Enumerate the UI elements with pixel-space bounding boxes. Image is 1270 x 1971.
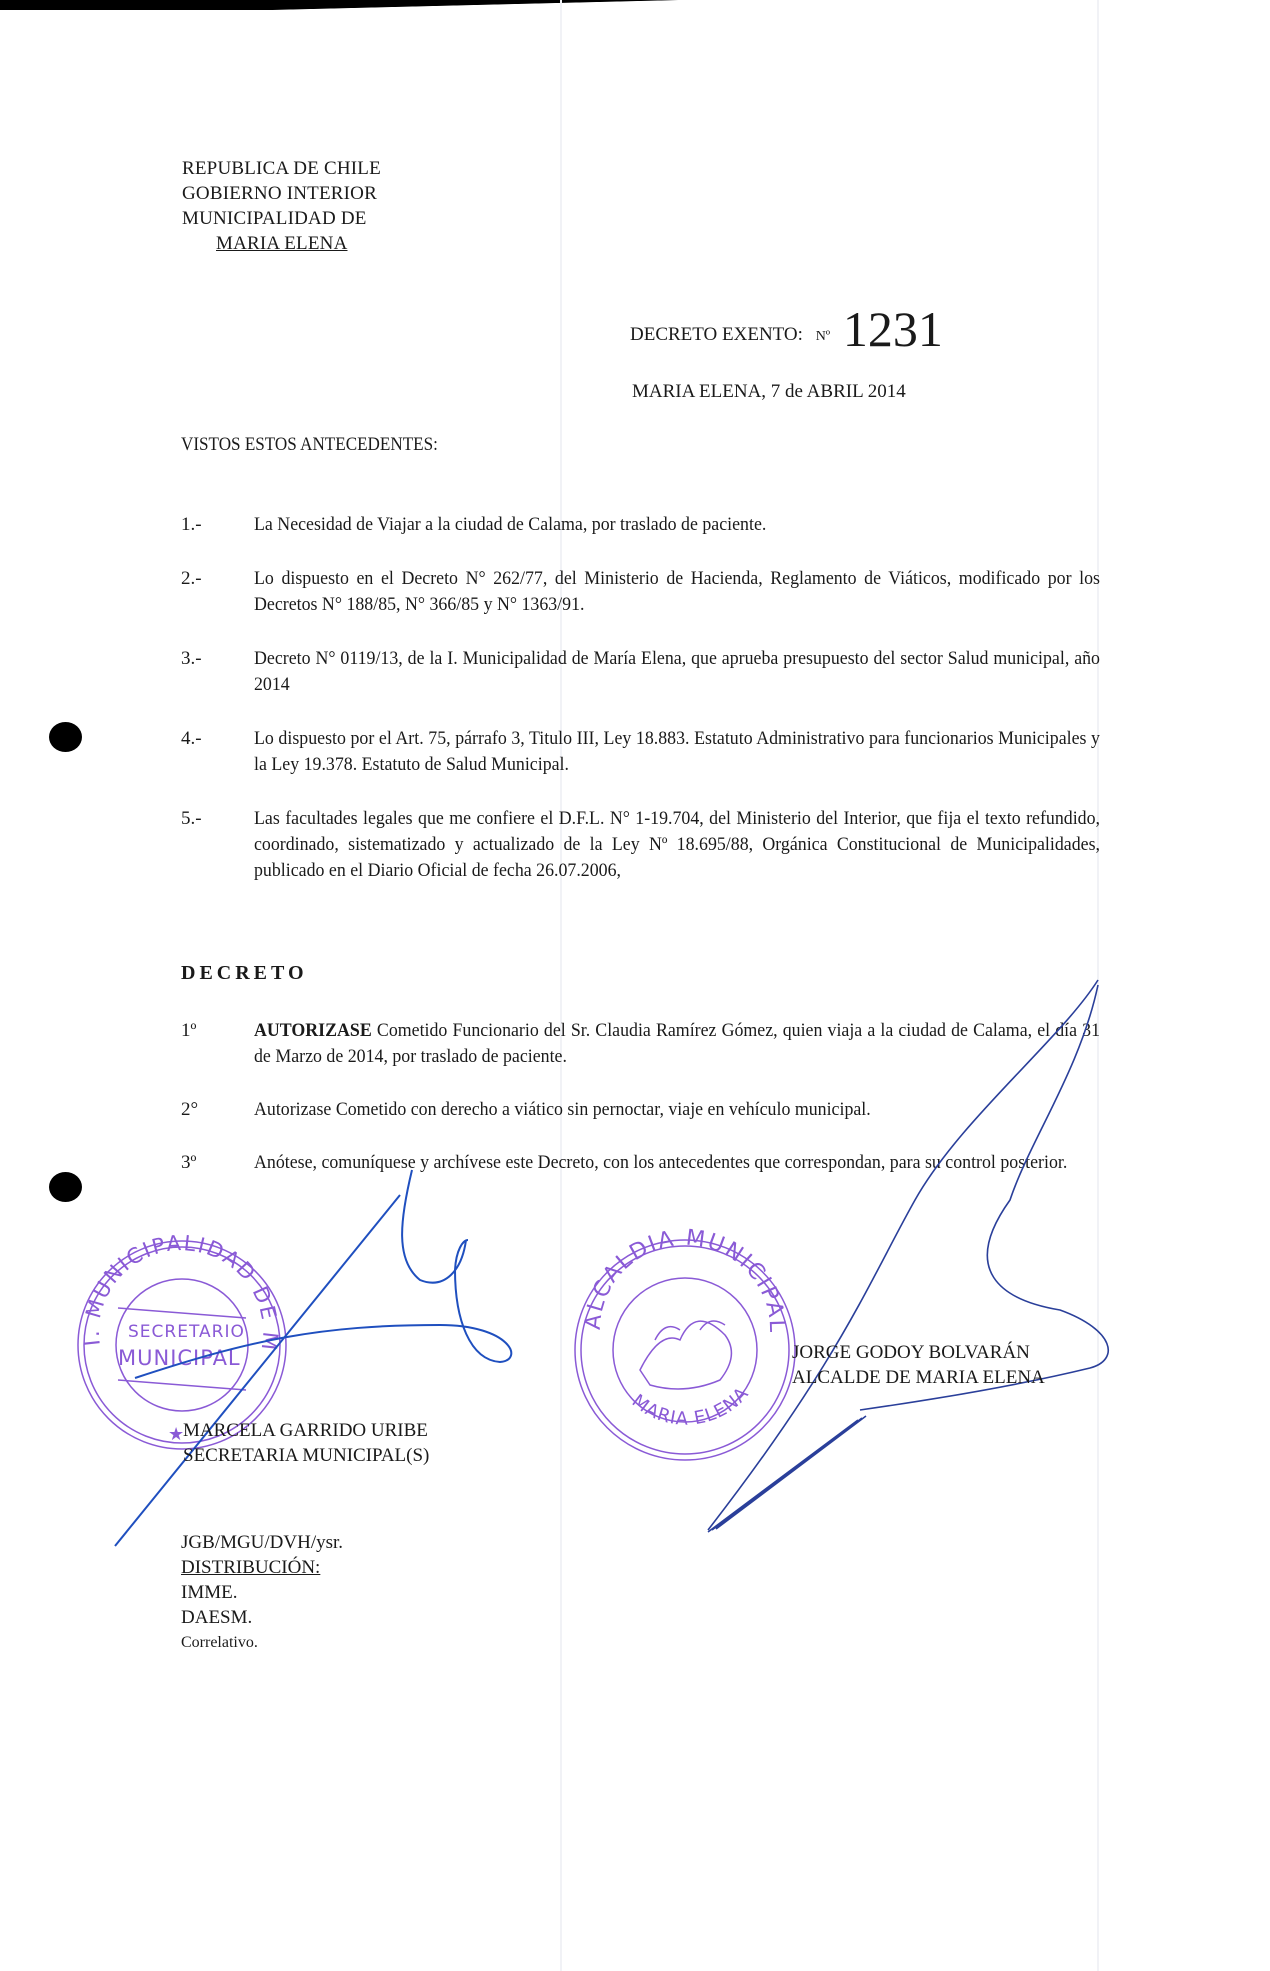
stamp-right-top: ALCALDIA MUNICIPAL — [581, 1226, 790, 1335]
mayor-signature — [708, 980, 1108, 1532]
stamp-left-inner-top: SECRETARIO — [128, 1322, 245, 1342]
stamp-right-bottom: MARIA ELENA — [628, 1383, 753, 1430]
mayor-role: ALCALDE DE MARIA ELENA — [792, 1365, 1045, 1390]
distribution-block: JGB/MGU/DVH/ysr. DISTRIBUCIÓN: IMME. DAE… — [181, 1530, 343, 1655]
recipient: IMME. — [181, 1580, 343, 1605]
svg-text:I. MUNICIPALIDAD DE MARIA ELEN: I. MUNICIPALIDAD DE MARIA ELENA — [0, 0, 282, 1353]
initials: JGB/MGU/DVH/ysr. — [181, 1530, 343, 1555]
secretary-role: SECRETARIA MUNICIPAL(S) — [183, 1443, 429, 1468]
secretary-signature-block: MARCELA GARRIDO URIBE SECRETARIA MUNICIP… — [183, 1418, 429, 1468]
distribution-title: DISTRIBUCIÓN: — [181, 1555, 343, 1580]
mayor-signature-block: JORGE GODOY BOLVARÁN ALCALDE DE MARIA EL… — [792, 1340, 1045, 1390]
svg-text:ALCALDIA MUNICIPAL: ALCALDIA MUNICIPAL — [581, 1226, 790, 1335]
svg-text:MARIA ELENA: MARIA ELENA — [628, 1383, 753, 1430]
secretary-name: MARCELA GARRIDO URIBE — [183, 1418, 429, 1443]
star-icon: ★ — [168, 1424, 184, 1445]
note: Correlativo. — [181, 1630, 343, 1655]
recipient: DAESM. — [181, 1605, 343, 1630]
stamps-and-signatures: I. MUNICIPALIDAD DE MARIA ELENA SECRETAR… — [0, 0, 1270, 1971]
stamp-left-inner-bottom: MUNICIPAL — [118, 1346, 241, 1370]
stamp-left-outer: I. MUNICIPALIDAD DE MARIA ELENA — [0, 0, 282, 1353]
mayor-name: JORGE GODOY BOLVARÁN — [792, 1340, 1045, 1365]
